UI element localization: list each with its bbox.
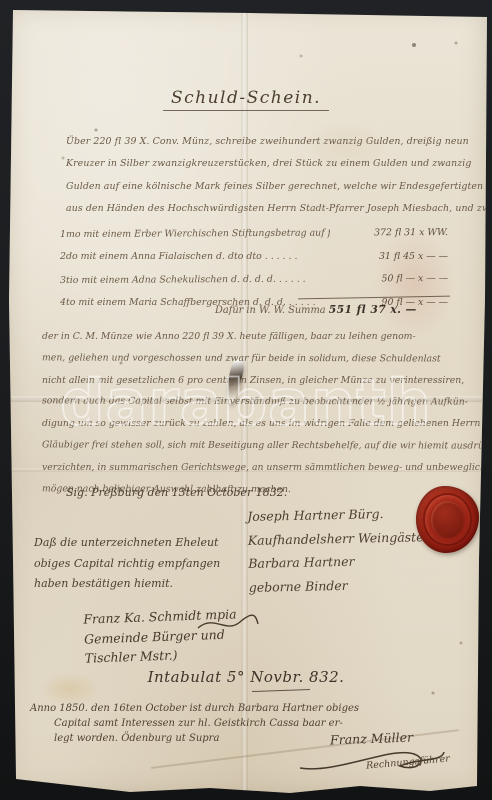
manuscript-line: Capital samt Interessen zur hl. Geistkir… <box>54 717 359 732</box>
manuscript-line: obiges Capital richtig empfangen <box>34 554 220 575</box>
manuscript-line: verzichten, in summarischen Gerichtswege… <box>42 457 492 479</box>
manuscript-line: Über 220 fl 39 X. Conv. Münz, schreibe z… <box>66 131 492 153</box>
date-place-line: Sig. Preßburg den 13ten October 1832. <box>66 486 287 499</box>
manuscript-line: Kreuzer in Silber zwanzigkreuzerstücken,… <box>66 153 492 175</box>
red-wax-seal <box>416 486 479 553</box>
sum-line: Dafür in W. W. Summa 551 fl 37 x. — <box>215 303 417 316</box>
ledger-item-amount: 31 fl 45 x — — <box>330 251 448 262</box>
ledger-item-label: 2do mit einem Anna Fialaischen d. dto dt… <box>60 251 330 262</box>
intabulation-underline <box>252 689 310 692</box>
opening-paragraph: Über 220 fl 39 X. Conv. Münz, schreibe z… <box>66 131 492 221</box>
manuscript-line: nicht allein mit gesetzlichen 6 pro cent… <box>42 370 492 392</box>
ledger-row: 2do mit einem Anna Fialaischen d. dto dt… <box>60 251 448 274</box>
treasurer-title: Rechnungsführer <box>366 753 451 771</box>
manuscript-line: digung um so gewisser zurück zu zahlen, … <box>42 413 492 435</box>
treasurer-signature: Franz Müller <box>330 730 413 748</box>
signature-line: geborne Binder <box>249 572 433 599</box>
witness-signature-block: Franz Ka. Schmidt mpia Gemeinde Bürger u… <box>83 604 238 668</box>
manuscript-line: der in C. M. Münze wie Anno 220 fl 39 X.… <box>42 326 492 348</box>
ledger-item-label: 1mo mit einem Erber Wierchischen Stiftun… <box>60 228 330 240</box>
ledger-row: 1mo mit einem Erber Wierchischen Stiftun… <box>60 227 448 252</box>
manuscript-line: legt worden. Ödenburg ut Supra <box>54 732 359 747</box>
document-title-text: Schuld-Schein. <box>163 88 329 111</box>
ledger-item-label: 3tio mit einem Adna Schekulischen d. d. … <box>60 274 330 286</box>
manuscript-line: sondern auch das Capital selbst mit Einv… <box>42 391 492 414</box>
manuscript-line: men, geliehen und vorgeschossen und zwar… <box>42 347 492 370</box>
sum-amount: 551 fl 37 x. — <box>329 303 417 316</box>
document-paper: Schuld-Schein. Über 220 fl 39 X. Conv. M… <box>0 0 492 800</box>
body-paragraph: der in C. M. Münze wie Anno 220 fl 39 X.… <box>42 326 492 500</box>
signature-line: Kaufhandelsherr Weingästen <box>248 525 432 552</box>
document-title: Schuld-Schein. <box>0 88 492 108</box>
ledger-row: 3tio mit einem Adna Schekulischen d. d. … <box>60 273 448 298</box>
manuscript-line: Gulden auf eine kölnische Mark feines Si… <box>66 176 492 198</box>
manuscript-line: Gläubiger frei stehen soll, sich mit Bes… <box>42 434 492 457</box>
manuscript-line: haben bestätigen hiemit. <box>34 574 220 595</box>
manuscript-line: Daß die unterzeichneten Eheleut <box>34 533 220 554</box>
signature-line: Tischler Mstr.) <box>84 643 238 668</box>
manuscript-line: Anno 1850. den 16ten October ist durch B… <box>30 702 359 717</box>
ink-specks <box>0 0 2 2</box>
intabulation-line: Intabulat 5° Novbr. 832. <box>0 668 492 686</box>
ledger-item-amount: 372 fl 31 x WW. <box>330 227 448 239</box>
ledger-item-amount: 50 fl — x — — <box>330 273 448 285</box>
attestation-paragraph: Daß die unterzeichneten Eheleut obiges C… <box>34 533 220 595</box>
manuscript-line: aus den Händen des Hochschwürdigsten Her… <box>66 198 492 220</box>
photo-background: Schuld-Schein. Über 220 fl 39 X. Conv. M… <box>0 0 492 800</box>
repayment-note-1850: Anno 1850. den 16ten October ist durch B… <box>30 702 359 746</box>
sum-prefix: Dafür in W. W. Summa <box>215 305 326 316</box>
debtor-signature-block: Joseph Hartner Bürg. Kaufhandelsherr Wei… <box>247 501 433 599</box>
